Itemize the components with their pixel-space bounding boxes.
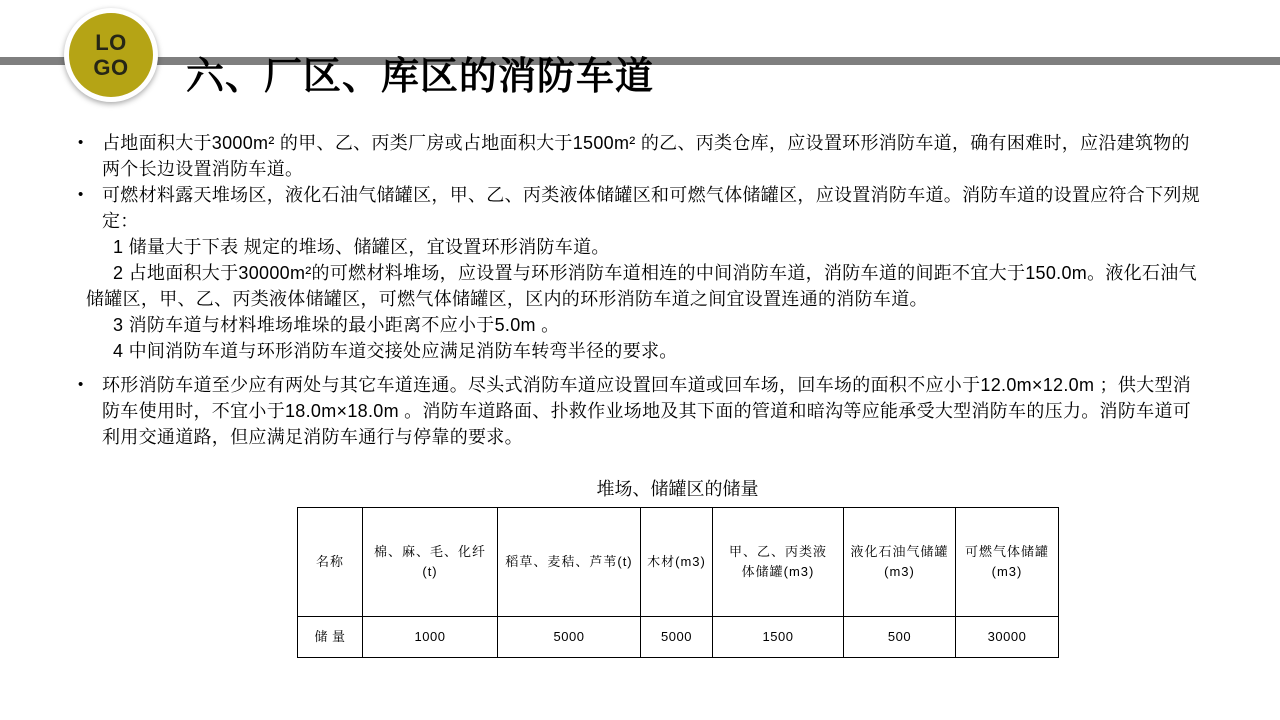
header-cell-wood: 木材(m3) (641, 508, 713, 617)
body-content: • 占地面积大于3000m² 的甲、乙、丙类厂房或占地面积大于1500m² 的乙… (102, 130, 1204, 450)
bullet-icon: • (78, 182, 84, 208)
bullet-icon: • (78, 372, 84, 398)
value-cell-gas-tank: 30000 (956, 617, 1059, 658)
bullet-text: 可燃材料露天堆场区，液化石油气储罐区，甲、乙、丙类液体储罐区和可燃气体储罐区，应… (102, 185, 1200, 231)
bullet-paragraph-1: • 占地面积大于3000m² 的甲、乙、丙类厂房或占地面积大于1500m² 的乙… (102, 130, 1204, 182)
header-cell-straw: 稻草、麦秸、芦苇(t) (498, 508, 641, 617)
logo-text-top: LO (95, 30, 127, 55)
header-cell-name: 名称 (298, 508, 363, 617)
table-caption: 堆场、储罐区的储量 (297, 478, 1058, 500)
bullet-paragraph-2: • 可燃材料露天堆场区，液化石油气储罐区，甲、乙、丙类液体储罐区和可燃气体储罐区… (102, 182, 1204, 234)
header-cell-cotton: 棉、麻、毛、化纤 (t) (363, 508, 498, 617)
numbered-item-1: 1 储量大于下表 规定的堆场、储罐区，宜设置环形消防车道。 (86, 234, 1204, 260)
bullet-paragraph-3: • 环形消防车道至少应有两处与其它车道连通。尽头式消防车道应设置回车道或回车场，… (102, 372, 1204, 450)
numbered-item-4: 4 中间消防车道与环形消防车道交接处应满足消防车转弯半径的要求。 (86, 338, 1204, 364)
bullet-text: 占地面积大于3000m² 的甲、乙、丙类厂房或占地面积大于1500m² 的乙、丙… (102, 133, 1190, 179)
bullet-icon: • (78, 130, 84, 156)
slide: LO GO 六、厂区、库区的消防车道 • 占地面积大于3000m² 的甲、乙、丙… (0, 0, 1280, 720)
value-cell-straw: 5000 (498, 617, 641, 658)
numbered-item-3: 3 消防车道与材料堆场堆垛的最小距离不应小于5.0m 。 (86, 312, 1204, 338)
value-cell-cotton: 1000 (363, 617, 498, 658)
table-header-row: 名称 棉、麻、毛、化纤 (t) 稻草、麦秸、芦苇(t) 木材(m3) 甲、乙、丙… (298, 508, 1059, 617)
table-data-row: 储 量 1000 5000 5000 1500 500 30000 (298, 617, 1059, 658)
row-label-cell: 储 量 (298, 617, 363, 658)
header-cell-lpg-tank: 液化石油气储罐 (m3) (844, 508, 956, 617)
header-cell-gas-tank: 可燃气体储罐 (m3) (956, 508, 1059, 617)
page-title: 六、厂区、库区的消防车道 (186, 55, 654, 99)
value-cell-lpg-tank: 500 (844, 617, 956, 658)
storage-table: 名称 棉、麻、毛、化纤 (t) 稻草、麦秸、芦苇(t) 木材(m3) 甲、乙、丙… (297, 507, 1059, 658)
logo-badge: LO GO (64, 8, 158, 102)
value-cell-liquid-tank: 1500 (713, 617, 844, 658)
value-cell-wood: 5000 (641, 617, 713, 658)
numbered-item-2: 2 占地面积大于30000m²的可燃材料堆场，应设置与环形消防车道相连的中间消防… (86, 260, 1204, 312)
header-cell-liquid-tank: 甲、乙、丙类液 体储罐(m3) (713, 508, 844, 617)
logo-text-bottom: GO (93, 55, 128, 80)
bullet-text: 环形消防车道至少应有两处与其它车道连通。尽头式消防车道应设置回车道或回车场，回车… (102, 375, 1191, 447)
